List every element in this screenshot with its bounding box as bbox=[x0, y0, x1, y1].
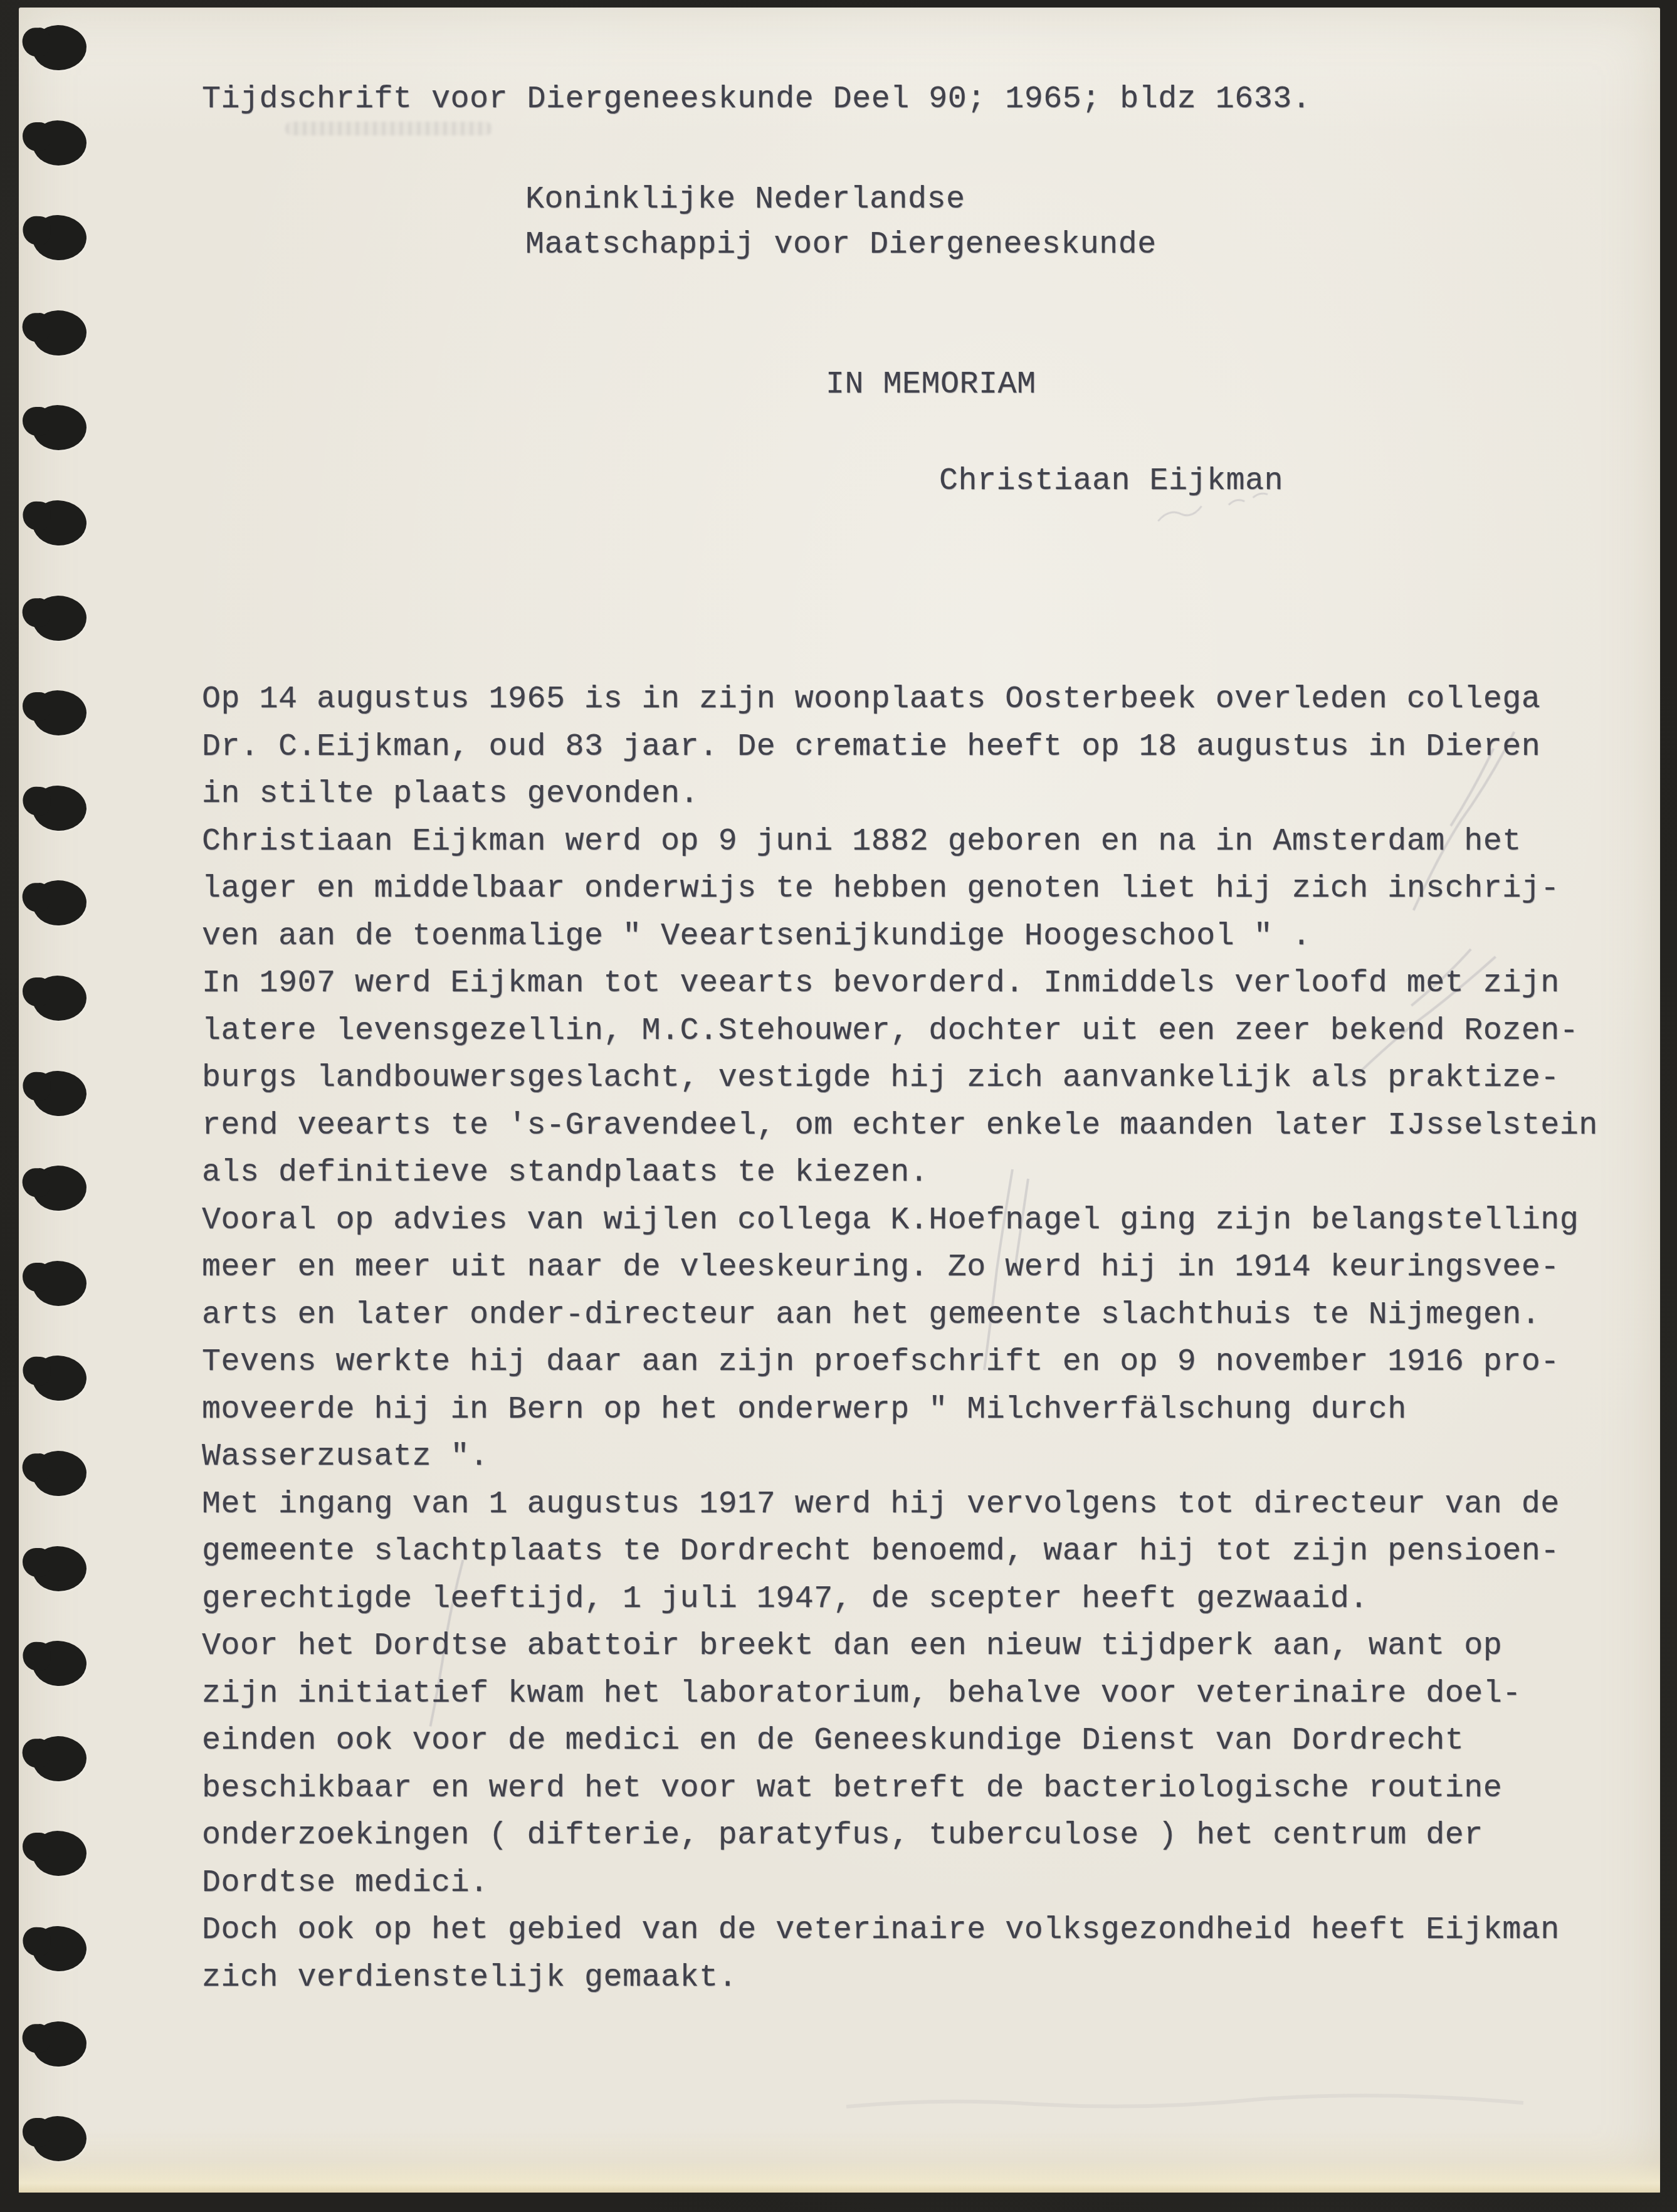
punch-hole bbox=[33, 2116, 87, 2161]
punch-hole bbox=[33, 976, 87, 1021]
paper-bottom-edge bbox=[19, 2162, 1660, 2193]
punch-hole bbox=[33, 405, 87, 450]
organization-name: Koninklijke Nederlandse Maatschappij voo… bbox=[525, 177, 1157, 268]
punch-hole bbox=[33, 1261, 87, 1306]
punch-hole bbox=[33, 1546, 87, 1591]
obituary-body-text: Op 14 augustus 1965 is in zijn woonplaat… bbox=[202, 676, 1598, 2001]
scanned-document-page: Tijdschrift voor Diergeneeskunde Deel 90… bbox=[0, 0, 1677, 2212]
punch-hole bbox=[33, 690, 87, 735]
punch-hole bbox=[33, 1831, 87, 1876]
in-memoriam-heading: IN MEMORIAM bbox=[826, 361, 1036, 409]
punch-hole bbox=[33, 120, 87, 166]
deceased-name: Christiaan Eijkman bbox=[939, 458, 1283, 505]
journal-reference-line: Tijdschrift voor Diergeneeskunde Deel 90… bbox=[202, 76, 1311, 124]
